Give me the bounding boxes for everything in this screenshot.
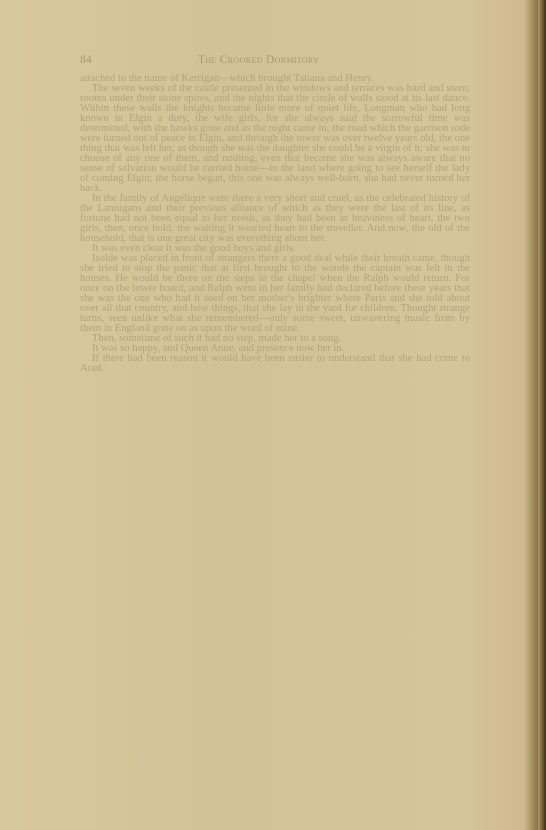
scanned-book-page: 84 The Crooked Dormitory attached to the… <box>0 0 546 830</box>
paragraph: If there had been reason it would have b… <box>80 354 470 374</box>
page-number: 84 <box>80 54 92 66</box>
running-title: The Crooked Dormitory <box>198 54 319 66</box>
book-spine-edge <box>538 0 546 830</box>
paragraph: Isolde was placed in front of strangers … <box>80 254 470 334</box>
body-text: attached to the name of Kerrigan—which b… <box>80 74 470 374</box>
paragraph: In the family of Angelique were there a … <box>80 194 470 244</box>
paragraph: The seven weeks of the castle presented … <box>80 84 470 194</box>
running-head: 84 The Crooked Dormitory <box>80 54 480 68</box>
